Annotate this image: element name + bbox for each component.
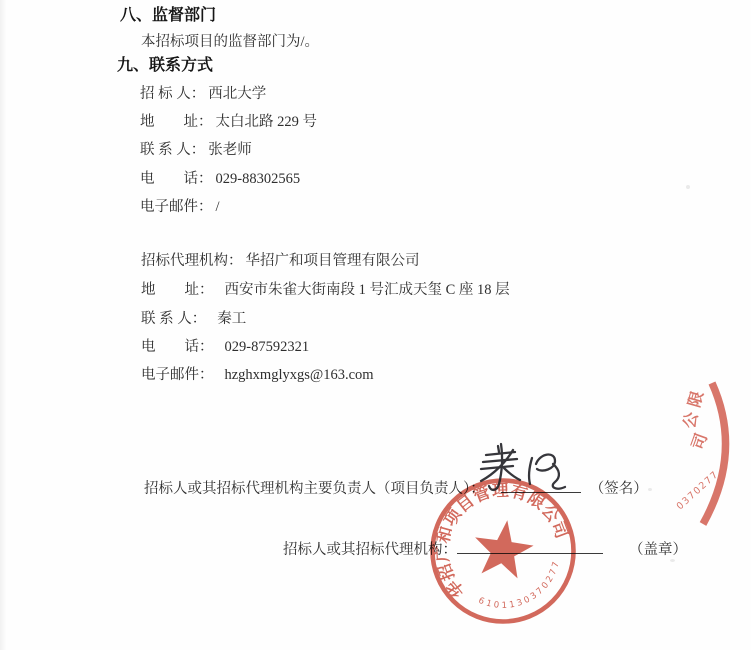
field-label: 联 系 人： [141,311,206,327]
section-heading-contact: 九、联系方式 [117,56,213,76]
contact-row-tenderer-name: 招 标 人：西北大学 [140,85,266,103]
edge-seal-stamp: 限 公 司 0370277 [640,350,751,560]
field-value: 华招广和项目管理有限公司 [246,253,420,269]
edge-seal-char: 公 [680,409,702,430]
contact-row-agency-phone: 电 话：029-87592321 [141,338,309,356]
contact-row-tenderer-phone: 电 话：029-88302565 [140,170,300,188]
contact-row-tenderer-address: 地 址：太白北路 229 号 [140,113,317,131]
scan-noise-dot [686,185,690,189]
field-value: 西北大学 [208,86,266,102]
contact-row-tenderer-person: 联 系 人：张老师 [140,141,252,159]
field-value: 029-88302565 [216,171,301,187]
contact-row-agency-email: 电子邮件：hzghxmglyxgs@163.com [141,366,374,384]
contact-row-tenderer-email: 电子邮件：/ [140,198,220,216]
handwritten-signature [468,436,588,500]
contact-row-agency-person: 联 系 人：秦工 [141,310,246,328]
scanned-tender-document-page: 八、监督部门 本招标项目的监督部门为/。 九、联系方式 招 标 人：西北大学 地… [0,0,751,650]
edge-seal-char: 司 [688,431,711,453]
supervision-body-text: 本招标项目的监督部门为/。 [141,33,319,51]
contact-row-agency-name: 招标代理机构：华招广和项目管理有限公司 [141,252,420,270]
edge-seal-char: 限 [684,389,707,410]
field-value: 秦工 [217,311,246,327]
field-value: 张老师 [208,142,252,158]
field-label: 电子邮件： [141,367,214,383]
field-label: 电子邮件： [140,199,213,215]
field-label: 招标代理机构： [141,253,243,269]
section-heading-supervision: 八、监督部门 [120,6,216,26]
field-value: 029-87592321 [225,339,310,355]
edge-seal-ring-arc [703,383,726,524]
field-value: 太白北路 229 号 [216,114,318,130]
field-value: 西安市朱雀大街南段 1 号汇成天玺 C 座 18 层 [225,282,510,298]
field-value: / [216,199,220,215]
scan-noise-dot [670,559,675,562]
field-label: 地 址： [141,282,214,298]
field-label: 招 标 人： [140,86,205,102]
field-value: hzghxmglyxgs@163.com [225,367,374,383]
scan-edge-shadow [0,0,7,650]
seal-star-icon [470,516,536,580]
field-label: 联 系 人： [140,142,205,158]
field-label: 电 话： [141,339,214,355]
field-label: 电 话： [140,171,213,187]
scan-noise-dot [648,488,652,491]
field-label: 地 址： [140,114,213,130]
contact-row-agency-address: 地 址：西安市朱雀大街南段 1 号汇成天玺 C 座 18 层 [141,281,510,299]
